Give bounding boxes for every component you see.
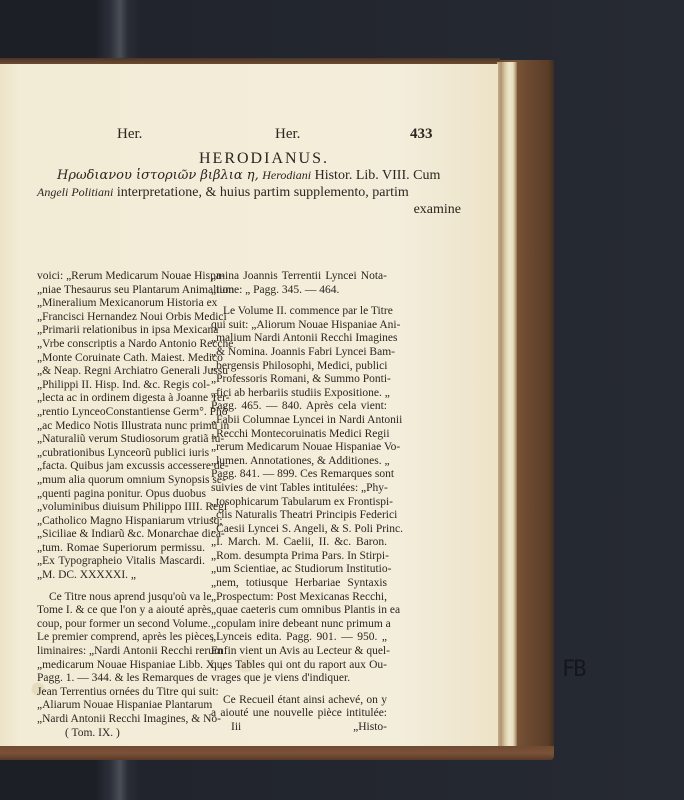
book: Her. Her. 433 HERODIANUS. Ηρωδιανου ἱστο… bbox=[0, 58, 554, 758]
entry-line-1-rest: Histor. Lib. VIII. Cum bbox=[315, 168, 441, 183]
text-line: coup, pour former un second Volume. bbox=[37, 618, 205, 632]
running-head-center: Her. bbox=[275, 126, 300, 143]
text-line: „Aliarum Nouae Hispaniae Plantarum bbox=[37, 699, 205, 713]
text-line: „& Neap. Regni Archiatro Generali Jussu bbox=[37, 365, 205, 379]
text-line: „tione: „ Pagg. 345. — 464. bbox=[211, 284, 387, 298]
text-line: Le Volume II. commence par le Titre bbox=[211, 305, 387, 319]
book-page: Her. Her. 433 HERODIANUS. Ηρωδιανου ἱστο… bbox=[0, 64, 498, 746]
text-line: „um Scientiae, ac Studiorum Institutio- bbox=[211, 563, 387, 577]
text-line: „medicarum Nouae Hispaniae Libb. X. „ bbox=[37, 659, 205, 673]
text-line: voici: „Rerum Medicarum Nouae Hispa- bbox=[37, 270, 205, 284]
text-line: „& Nomina. Joannis Fabri Lyncei Bam- bbox=[211, 346, 387, 360]
text-line: „I. March. M. Caelii, II. &c. Baron. bbox=[211, 536, 387, 550]
text-line: „Fabii Columnae Lyncei in Nardi Antonii bbox=[211, 414, 387, 428]
text-line: ques Tables qui ont du raport aux Ou- bbox=[211, 659, 387, 673]
entry-title: HERODIANUS. bbox=[0, 150, 498, 168]
text-line: Tome I. & ce que l'on y a aiouté après bbox=[37, 604, 205, 618]
text-line: „Lynceis edita. Pagg. 901. — 950. „ bbox=[211, 631, 387, 645]
text-line: „Francisci Hernandez Noui Orbis Medici bbox=[37, 311, 205, 325]
signature-line-right: Iii „Histo- bbox=[211, 721, 387, 735]
catchword: „Histo- bbox=[353, 721, 387, 735]
text-line: suivies de vint Tables intitulées: „Phy- bbox=[211, 482, 387, 496]
text-line: Le premier comprend, après les pièces bbox=[37, 631, 205, 645]
text-line: „Ex Typographeio Vitalis Mascardi. bbox=[37, 555, 205, 569]
entry-line-2-rest: interpretatione, & huius partim suppleme… bbox=[117, 185, 409, 200]
text-line: „ac Medico Notis Illustrata nunc primũ i… bbox=[37, 420, 205, 434]
text-line: Pagg. 465. — 840. Après cela vient: bbox=[211, 400, 387, 414]
left-paragraph-2: Ce Titre nous aprend jusqu'où va le Tome… bbox=[37, 591, 205, 727]
text-line: „Naturaliũ verum Studiosorum gratiã lu- bbox=[37, 433, 205, 447]
page-number: 433 bbox=[410, 126, 433, 143]
right-paragraph-2: Le Volume II. commence par le Titre qui … bbox=[211, 305, 387, 686]
text-line: „rerum Medicarum Nouae Hispaniae Vo- bbox=[211, 441, 387, 455]
right-column: „mina Joannis Terrentii Lyncei Nota- „ti… bbox=[211, 270, 387, 735]
text-line: „voluminibus diuisum Philippo IIII. Regi bbox=[37, 501, 205, 515]
text-line: Ce Recueil étant ainsi achevé, on y bbox=[211, 694, 387, 708]
text-line: Pagg. 841. — 899. Ces Remarques sont bbox=[211, 468, 387, 482]
text-line: „Primarii relationibus in ipsa Mexicana bbox=[37, 324, 205, 338]
left-column: voici: „Rerum Medicarum Nouae Hispa- „ni… bbox=[37, 270, 205, 741]
text-line: „cubrationibus Lynceorũ publici iuris bbox=[37, 447, 205, 461]
scan-stamp-mark: FB bbox=[562, 657, 606, 687]
text-line: „Vrbe conscriptis a Nardo Antonio Recche bbox=[37, 338, 205, 352]
text-line: „copulam inire debeant nunc primum a bbox=[211, 618, 387, 632]
text-line: „quae caeteris cum omnibus Plantis in ea bbox=[211, 604, 387, 618]
running-head: Her. Her. 433 bbox=[0, 126, 498, 146]
text-line: „lumen. Annotationes, & Additiones. „ bbox=[211, 455, 387, 469]
text-line: „rentio LynceoConstantiense Germ°. Phõ bbox=[37, 406, 205, 420]
entry-line-1: Ηρωδιανου ἱστοριῶν βιβλια η, Herodiani H… bbox=[37, 167, 461, 184]
text-line: Jean Terrentius ornées du Titre qui suit… bbox=[37, 686, 205, 700]
text-line: „nem, totiusque Herbariae Syntaxis bbox=[211, 577, 387, 591]
text-line: „lecta ac in ordinem digesta à Joanne Te… bbox=[37, 392, 205, 406]
text-line: „quenti pagina ponitur. Opus duobus bbox=[37, 488, 205, 502]
text-line: „Rom. desumpta Prima Pars. In Stirpi- bbox=[211, 550, 387, 564]
text-line: „Siciliae & Indiarũ &c. Monarchae dica- bbox=[37, 528, 205, 542]
book-cover-bottom-edge bbox=[0, 746, 554, 760]
text-line: „Monte Coruinate Cath. Maiest. Medico bbox=[37, 352, 205, 366]
text-line: „M. DC. XXXXXI. „ bbox=[37, 569, 205, 583]
volume-signature: ( Tom. IX. ) bbox=[65, 727, 120, 741]
text-line: „Caesii Lyncei S. Angeli, & S. Poli Prin… bbox=[211, 523, 387, 537]
author-latin: Herodiani bbox=[262, 168, 311, 182]
text-line: „Philippi II. Hisp. Ind. &c. Regis col- bbox=[37, 379, 205, 393]
text-line: „Mineralium Mexicanorum Historia ex bbox=[37, 297, 205, 311]
greek-title: Ηρωδιανου ἱστοριῶν βιβλια η, bbox=[57, 168, 259, 183]
running-head-left: Her. bbox=[117, 126, 142, 143]
text-line: „mina Joannis Terrentii Lyncei Nota- bbox=[211, 270, 387, 284]
text-line: qui suit: „Aliorum Nouae Hispaniae Ani- bbox=[211, 319, 387, 333]
right-paragraph-1: „mina Joannis Terrentii Lyncei Nota- „ti… bbox=[211, 270, 387, 297]
text-line: „bergensis Philosophi, Medici, publici bbox=[211, 360, 387, 374]
text-line: „fici ab herbariis studiis Expositione. … bbox=[211, 387, 387, 401]
text-line: vrages que je viens d'indiquer. bbox=[211, 672, 387, 686]
text-line: „Prospectum: Post Mexicanas Recchi, bbox=[211, 591, 387, 605]
text-line: Pagg. 1. — 344. & les Remarques de bbox=[37, 672, 205, 686]
text-line: „Nardi Antonii Recchi Imagines, & No- bbox=[37, 713, 205, 727]
text-line: „tosophicarum Tabularum ex Frontispi- bbox=[211, 496, 387, 510]
text-line: liminaires: „Nardi Antonii Recchi rerum bbox=[37, 645, 205, 659]
text-line: „tum. Romae Superiorum permissu. bbox=[37, 542, 205, 556]
text-line: a aiouté une nouvelle pièce intitulée: bbox=[211, 707, 387, 721]
text-line: „Professoris Romani, & Summo Ponti- bbox=[211, 373, 387, 387]
text-line: „ciis Naturalis Theatri Principis Federi… bbox=[211, 509, 387, 523]
page-fore-edge bbox=[497, 62, 517, 746]
entry-heading: Ηρωδιανου ἱστοριῶν βιβλια η, Herodiani H… bbox=[37, 167, 461, 218]
text-line: „Catholico Magno Hispaniarum vtriusq; bbox=[37, 515, 205, 529]
text-line: Enfin vient un Avis au Lecteur & quel- bbox=[211, 645, 387, 659]
text-line: „niae Thesaurus seu Plantarum Animalium bbox=[37, 284, 205, 298]
text-line: „mum alia quorum omnium Synopsis se- bbox=[37, 474, 205, 488]
text-line: Ce Titre nous aprend jusqu'où va le bbox=[37, 591, 205, 605]
text-line: „facta. Quibus jam excussis accessere de… bbox=[37, 460, 205, 474]
text-line: „Recchi Montecoruinatis Medici Regii bbox=[211, 428, 387, 442]
left-paragraph-1: voici: „Rerum Medicarum Nouae Hispa- „ni… bbox=[37, 270, 205, 583]
signature-line-left: ( Tom. IX. ) bbox=[37, 727, 205, 741]
translator-name: Angeli Politiani bbox=[37, 185, 113, 199]
entry-line-3: examine bbox=[37, 201, 461, 218]
entry-line-2: Angeli Politiani interpretatione, & huiu… bbox=[37, 184, 461, 201]
right-paragraph-3: Ce Recueil étant ainsi achevé, on y a ai… bbox=[211, 694, 387, 721]
signature-mark: Iii bbox=[231, 721, 241, 735]
text-line: „malium Nardi Antonii Recchi Imagines bbox=[211, 332, 387, 346]
